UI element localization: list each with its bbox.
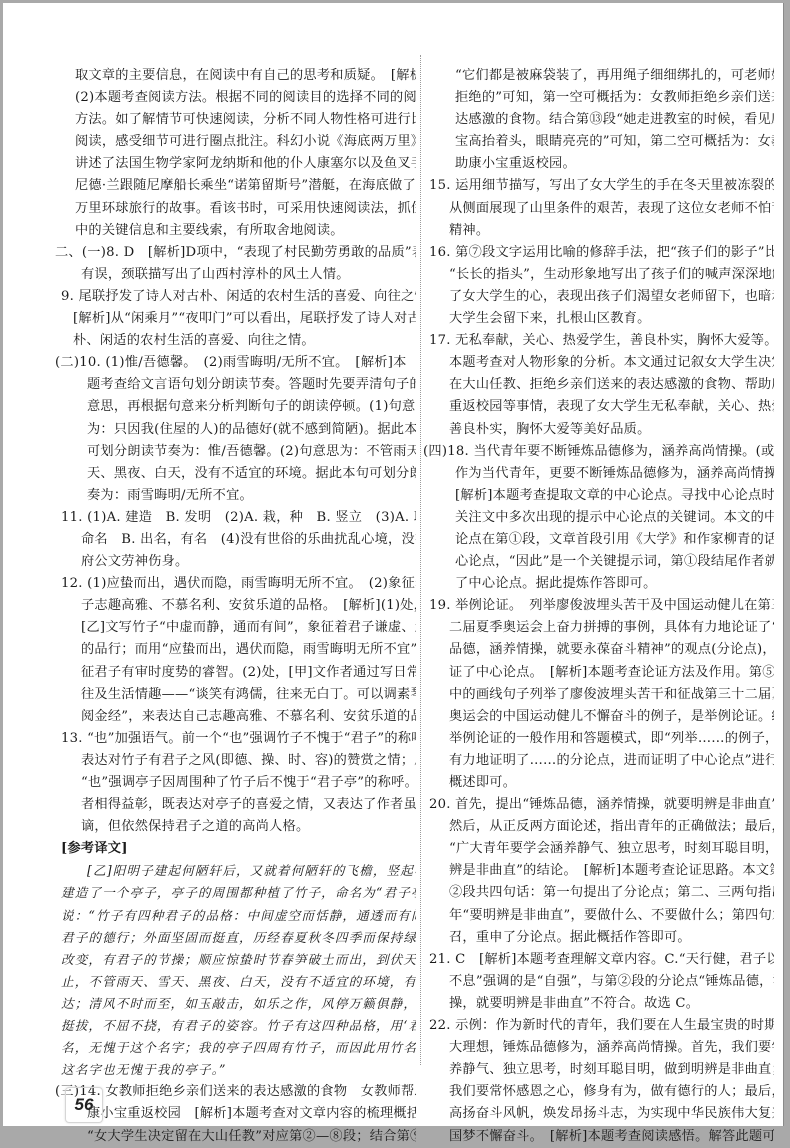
text-line: 养静气、独立思考，时刻耳聪目明，做到明辨是非曲直；其次， [429,1059,774,1081]
text-line: 从侧面展现了山里条件的艰苦，表现了这位女老师不怕苦的 [429,198,774,220]
text-line: 万里环球旅行的故事。看该书时，可采用快速阅读法，抓住书 [61,198,416,220]
text-line: 中的画线句子列举了廖俊波埋头苦干和征战第三十二届夏季 [429,684,774,706]
text-line: 辨是非曲直”的结论。 [解析]本题考查论证思路。本文第 [429,860,774,882]
text-line: 作为当代青年，更要不断锤炼品德修为，涵养高尚情操) [429,463,774,485]
text-line: “女大学生决定留在大山任教”对应第②—⑧段；结合第⑨段 [61,1126,416,1133]
text-line: 了中心论点。据此提炼作答即可。 [429,573,774,595]
text-line: 心论点，“因此”是一个关键提示词，第①段结尾作者就提出 [429,551,774,573]
text-line: “也”强调亭子因周围种了竹子后不愧于“君子亭”的称呼。两 [61,772,416,794]
text-line: 善良朴实，胸怀大爱等美好品质。 [429,419,774,441]
text-line: “广大青年要学会涵养静气、独立思考，时刻耳聪目明，做到明 [429,838,774,860]
text-line: 召，重申了分论点。据此概括作答即可。 [429,927,774,949]
text-line: 概述即可。 [429,772,774,794]
text-line: 在大山任教、拒绝乡亲们送来的表达感激的食物、帮助康小宝 [429,374,774,396]
text-line: 有力地证明了……的分论点，进而证明了中心论点”进行具体 [429,750,774,772]
question-21-line: 21. C [解析]本题考查理解文章内容。C.“天行健，君子以自强 [429,949,774,971]
question-9-line: 9. 尾联抒发了诗人对古朴、闲适的农村生活的喜爱、向往之情。 [61,286,416,308]
text-line: 品德，涵养情操，就要永葆奋斗精神”的观点(分论点)，进而论 [429,639,774,661]
text-line: 论点在第①段，文章首段引用《大学》和作家柳青的话引出中 [429,529,774,551]
translation-line: 这名字也无愧于我的亭子。” [61,1059,416,1081]
text-line: 拒绝的”可知，第一空可概括为：女教师拒绝乡亲们送来的表 [429,87,774,109]
text-line: 命名 B. 出名，有名 (4)没有世俗的乐曲扰乱心境，没有官 [61,529,416,551]
text-line: 我们要常怀感恩之心，修身有为，做有德行的人；最后，我们要 [429,1081,774,1103]
translation-line: 达；清风不时而至，如玉敲击，如乐之作，风停万籁俱静，竹子特立 [61,993,416,1015]
text-line: 中的关键信息和主要线索，有所取舍地阅读。 [61,220,416,242]
question-11-line: 11. (1)A. 建造 B. 发明 (2)A. 栽，种 B. 竖立 (3)A.… [61,507,416,529]
text-line: 年“要明辨是非曲直”，要做什么、不要做什么；第四句发出号 [429,905,774,927]
text-line: 天、黑夜、白天，没有不适宜的环境。据此本句可划分朗读节 [61,463,416,485]
text-line: 康小宝重返校园 [解析]本题考查对文章内容的梳理概括。 [61,1103,416,1125]
text-line: 助康小宝重返校园。 [429,153,774,175]
text-line: 征君子有审时度势的睿智。(2)处，[甲]文作者通过写日常交 [61,662,416,684]
text-line: 府公文劳神伤身。 [61,551,416,573]
text-line: 谪，但依然保持君子之道的高尚人格。 [61,816,416,838]
left-column: 取文章的主要信息，在阅读中有自己的思考和质疑。 [解析] (2)本题考查阅读方法… [61,65,416,1132]
translation-line: [乙]阳明子建起何陋轩后，又就着何陋轩的飞檐，竖起柱子 [61,860,416,882]
text-line: 的品行；而用“应蛰而出，遇伏而隐，雨雪晦明无所不宜”来象 [61,639,416,661]
text-line: 朴、闲适的农村生活的喜爱、向往之情。 [61,330,416,352]
text-line: 二届夏季奥运会上奋力拼搏的事例，具体有力地论证了“锤炼 [429,617,774,639]
text-line: [解析]本题考查提取文章的中心论点。寻找中心论点时，可 [429,485,774,507]
text-line: 高扬奋斗风帆，焕发昂扬斗志，为实现中华民族伟大复兴的中 [429,1103,774,1125]
text-line: [乙]文写竹子“中虚而静，通而有间”，象征着君子谦虚、通达 [61,617,416,639]
question-15-line: 15. 运用细节描写，写出了女大学生的手在冬天里被冻裂的样子， [429,175,774,197]
text-line: 精神。 [429,220,774,242]
text-line: 本题考查对人物形象的分析。本文通过记叙女大学生决定留 [429,352,774,374]
translation-heading: [参考译文] [61,838,416,860]
text-line: 子志趣高雅、不慕名利、安贫乐道的品格。 [解析](1)处， [61,595,416,617]
translation-line: 改变，有君子的节操；顺应惊蛰时节春笋破土而出，到伏天长势暂 [61,949,416,971]
question-8-line: 二、(一)8. D [解析]D项中，“表现了村民勤劳勇敢的品质”表述 [55,242,416,264]
document-page: 取文章的主要信息，在阅读中有自己的思考和质疑。 [解析] (2)本题考查阅读方法… [3,3,784,1126]
text-line: 意思，再根据句意来分析判断句子的朗读停顿。(1)句意思 [61,396,416,418]
text-line: 表达对竹子有君子之风(即德、操、时、容)的赞赏之情；后一个 [61,750,416,772]
text-line: 有误，颈联描写出了山西村淳朴的风土人情。 [61,264,416,286]
question-10-line: (二)10. (1)惟/吾德馨。 (2)雨雪晦明/无所不宜。 [解析]本 [55,352,416,374]
right-column: “它们都是被麻袋装了，再用绳子细细绑扎的，可老师始终是 拒绝的”可知，第一空可概… [429,65,774,1132]
text-line: 操，就要明辨是非曲直”不符合。故选 C。 [429,993,774,1015]
text-line: 关注文中多次出现的提示中心论点的关键词。本文的中心 [429,507,774,529]
translation-line: 说：“竹子有四种君子的品格：中间虚空而恬静，通透而有间隔，有 [61,905,416,927]
translation-line: 止，不管雨天、雪天、黑夜、白天，没有不适宜的环境，有君子的明 [61,971,416,993]
text-line: 为：只因我(住屋的人)的品德好(就不感到简陋)。据此本句 [61,419,416,441]
text-line: ②段共四句话：第一句提出了分论点；第二、三两句指出了青 [429,882,774,904]
text-line: “它们都是被麻袋装了，再用绳子细细绑扎的，可老师始终是 [429,65,774,87]
text-line: 达感激的食物。结合第⑬段“她走进教室的时候，看见康小 [429,109,774,131]
question-12-line: 12. (1)应蛰而出，遇伏而隐，雨雪晦明无所不宜。 (2)象征着君 [61,573,416,595]
translation-line: 君子的德行；外面坚固而挺直，历经春夏秋冬四季而保持绿叶不 [61,927,416,949]
text-line: 宝高抬着头，眼睛亮亮的”可知，第二空可概括为：女教师帮 [429,131,774,153]
text-line: 阅金经”，来表达自己志趣高雅、不慕名利、安贫乐道的品格。 [61,706,416,728]
question-22-line: 22. 示例：作为新时代的青年，我们要在人生最宝贵的时期树立远 [429,1015,774,1037]
text-line: 题考查给文言语句划分朗读节奏。答题时先要弄清句子的 [61,374,416,396]
question-16-line: 16. 第⑦段文字运用比喻的修辞手法，把“孩子们的影子”比喻成 [429,242,774,264]
translation-line: 挺拔，不屈不挠，有君子的姿容。竹子有这四种品格，用‘君子’命 [61,1015,416,1037]
text-line: 证了中心论点。 [解析]本题考查论证方法及作用。第⑤段 [429,662,774,684]
text-line: [解析]从“闲乘月”“夜叩门”可以看出，尾联抒发了诗人对古 [61,308,416,330]
translation-line: 名，无愧于这个名字；我的亭子四周有竹子，而因此用竹名命名， [61,1037,416,1059]
text-line: 取文章的主要信息，在阅读中有自己的思考和质疑。 [解析] [61,65,416,87]
question-17-line: 17. 无私奉献，关心、热爱学生，善良朴实，胸怀大爱等。 [解析] [429,330,774,352]
text-line: 大学生会留下来，扎根山区教育。 [429,308,774,330]
question-13-line: 13. “也”加强语气。前一个“也”强调竹子不愧于“君子”的称呼， [61,728,416,750]
text-line: (2)本题考查阅读方法。根据不同的阅读目的选择不同的阅读 [61,87,416,109]
text-line: 不息”强调的是“自强”，与第②段的分论点“锤炼品德，涵养情 [429,971,774,993]
question-20-line: 20. 首先，提出“锤炼品德，涵养情操，就要明辨是非曲直”的观点； [429,794,774,816]
text-line: 奥运会的中国运动健儿不懈奋斗的例子，是举例论证。结合 [429,706,774,728]
text-line: 重返校园等事情，表现了女大学生无私奉献，关心、热爱学生， [429,396,774,418]
page-number: 56 [65,1087,103,1123]
question-18-line: (四)18. 当代青年要不断锤炼品德修为，涵养高尚情操。(或： [423,441,774,463]
text-line: 奏为：雨雪晦明/无所不宜。 [61,485,416,507]
question-19-line: 19. 举例论证。 列举廖俊波埋头苦干及中国运动健儿在第三十 [429,595,774,617]
text-line: 往及生活情趣——“谈笑有鸿儒，往来无白丁。可以调素琴， [61,684,416,706]
text-line: 大理想，锤炼品德修为，涵养高尚情操。首先，我们要学会涵 [429,1037,774,1059]
text-line: 者相得益彰，既表达对亭子的喜爱之情，又表达了作者虽遭贬 [61,794,416,816]
text-line: 尼德·兰跟随尼摩船长乘坐“诺第留斯号”潜艇，在海底做了两 [61,175,416,197]
text-line: 了女大学生的心，表现出孩子们渴望女老师留下，也暗示了女 [429,286,774,308]
column-divider [420,55,421,1065]
translation-line: 建造了一个亭子，亭子的周围都种植了竹子，命名为“君子亭”。 [61,882,416,904]
text-line: 阅读，感受细节可进行圈点批注。科幻小说《海底两万里》主要 [61,131,416,153]
question-14-line: (三)14. 女教师拒绝乡亲们送来的表达感激的食物 女教师帮助 [55,1081,416,1103]
text-line: 国梦不懈奋斗。 [解析]本题考查阅读感悟。解答此题可围 [429,1126,774,1133]
text-line: 然后，从正反两方面论述，指出青年的正确做法；最后，得出 [429,816,774,838]
text-line: 可划分朗读节奏为：惟/吾德馨。(2)句意思为：不管雨天、雪 [61,441,416,463]
text-line: 方法。如了解情节可快速阅读，分析不同人物性格可进行比较 [61,109,416,131]
text-line: 讲述了法国生物学家阿龙纳斯和他的仆人康塞尔以及鱼叉手 [61,153,416,175]
text-line: 举例论证的一般作用和答题模式，即“列举……的例子，具体 [429,728,774,750]
text-line: “长长的指头”，生动形象地写出了孩子们的喊声深深地触动 [429,264,774,286]
